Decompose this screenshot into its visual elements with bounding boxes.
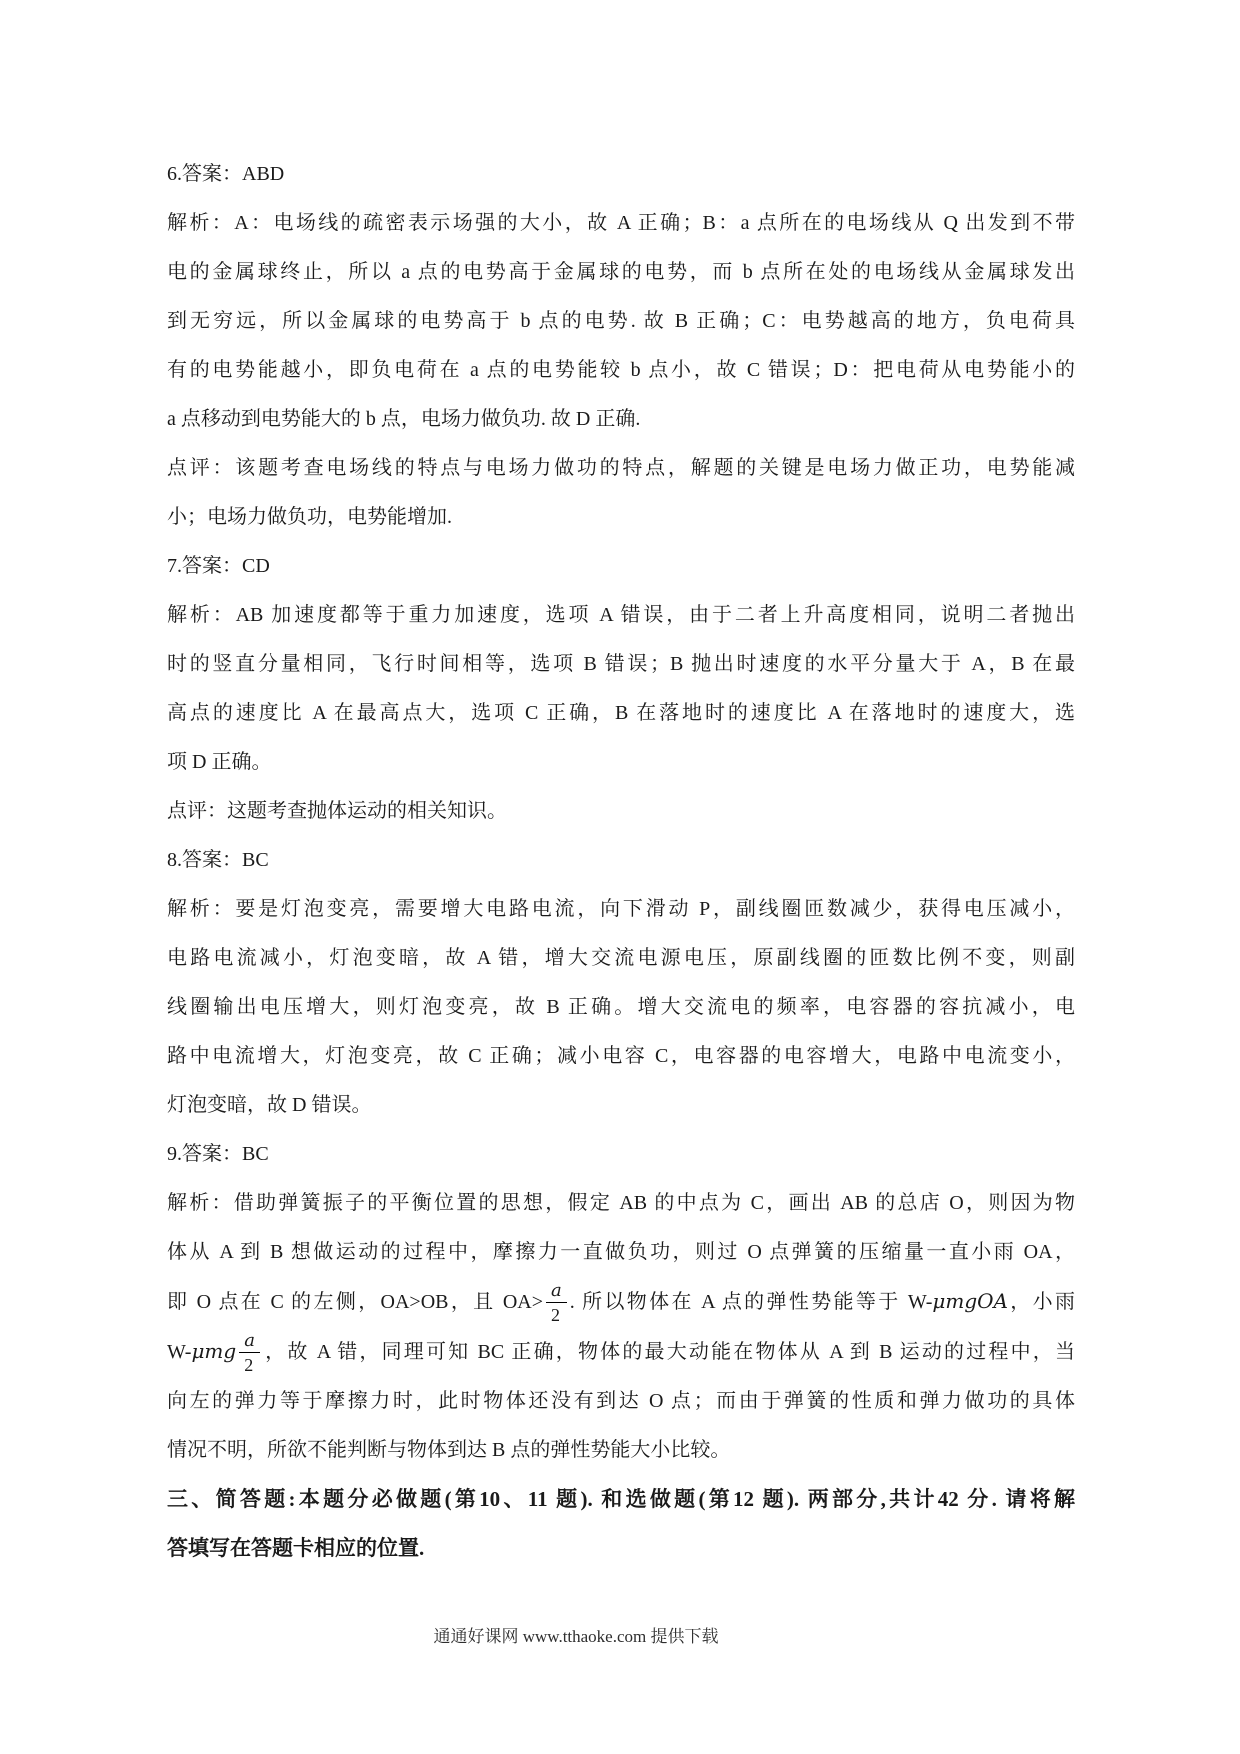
q7-answer-line-1: 7.答案：CD bbox=[167, 542, 1075, 591]
q6-comment-line-1: 点评：该题考查电场线的特点与电场力做功的特点，解题的关键是电场力做正功，电势能减 bbox=[167, 444, 1075, 493]
q6-analysis-line-1: 解析：A：电场线的疏密表示场强的大小，故 A 正确；B：a 点所在的电场线从 Q… bbox=[167, 199, 1075, 248]
q6-comment-line-2: 小；电场力做负功，电势能增加. bbox=[167, 493, 1075, 542]
q9-analysis: 解析：借助弹簧振子的平衡位置的思想，假定 AB 的中点为 C，画出 AB 的总店… bbox=[167, 1179, 1075, 1475]
q7-analysis-line-4: 项 D 正确。 bbox=[167, 738, 1075, 787]
q6-comment: 点评：该题考查电场线的特点与电场力做功的特点，解题的关键是电场力做正功，电势能减… bbox=[167, 444, 1075, 542]
q8-analysis-line-4: 路中电流增大，灯泡变亮，故 C 正确；减小电容 C，电容器的电容增大，电路中电流… bbox=[167, 1032, 1075, 1081]
inline-fraction: a2 bbox=[546, 1281, 567, 1325]
q8-answer: 8.答案：BC bbox=[167, 836, 1075, 885]
math-italic-term: μmg bbox=[191, 1339, 236, 1363]
q8-analysis-line-3: 线圈输出电压增大，则灯泡变亮，故 B 正确。增大交流电的频率，电容器的容抗减小，… bbox=[167, 983, 1075, 1032]
section-3-heading: 三、简答题:本题分必做题(第10、11 题). 和选做题(第12 题). 两部分… bbox=[167, 1475, 1075, 1573]
q8-analysis-line-5: 灯泡变暗，故 D 错误。 bbox=[167, 1081, 1075, 1130]
math-italic-term: μmgOA bbox=[932, 1289, 1008, 1313]
inline-fraction: a2 bbox=[239, 1331, 260, 1375]
q6-analysis: 解析：A：电场线的疏密表示场强的大小，故 A 正确；B：a 点所在的电场线从 Q… bbox=[167, 199, 1075, 444]
fraction-numerator: a bbox=[546, 1281, 567, 1302]
q9-analysis-line-3: 即 O 点在 C 的左侧，OA>OB，且 OA>a2. 所以物体在 A 点的弹性… bbox=[167, 1277, 1075, 1327]
q8-answer-line-1: 8.答案：BC bbox=[167, 836, 1075, 885]
q9-answer-line-1: 9.答案：BC bbox=[167, 1130, 1075, 1179]
q8-analysis-line-2: 电路电流减小，灯泡变暗，故 A 错，增大交流电源电压，原副线圈的匝数比例不变，则… bbox=[167, 934, 1075, 983]
q6-analysis-line-5: a 点移动到电势能大的 b 点，电场力做负功. 故 D 正确. bbox=[167, 395, 1075, 444]
q6-analysis-line-4: 有的电势能越小，即负电荷在 a 点的电势能较 b 点小，故 C 错误；D：把电荷… bbox=[167, 346, 1075, 395]
section-3-heading-line-1: 三、简答题:本题分必做题(第10、11 题). 和选做题(第12 题). 两部分… bbox=[167, 1475, 1075, 1524]
section-3-heading-line-2: 答填写在答题卡相应的位置. bbox=[167, 1524, 1075, 1573]
q8-analysis: 解析：要是灯泡变亮，需要增大电路电流，向下滑动 P，副线圈匝数减少，获得电压减小… bbox=[167, 885, 1075, 1130]
q6-answer: 6.答案：ABD bbox=[167, 150, 1075, 199]
q7-analysis: 解析：AB 加速度都等于重力加速度，选项 A 错误，由于二者上升高度相同，说明二… bbox=[167, 591, 1075, 787]
q7-analysis-line-1: 解析：AB 加速度都等于重力加速度，选项 A 错误，由于二者上升高度相同，说明二… bbox=[167, 591, 1075, 640]
fraction-numerator: a bbox=[239, 1331, 260, 1352]
q7-comment-line-1: 点评：这题考查抛体运动的相关知识。 bbox=[167, 787, 1075, 836]
q9-analysis-line-6: 情况不明，所欲不能判断与物体到达 B 点的弹性势能大小比较。 bbox=[167, 1426, 1075, 1475]
q6-analysis-line-2: 电的金属球终止，所以 a 点的电势高于金属球的电势，而 b 点所在处的电场线从金… bbox=[167, 248, 1075, 297]
q9-analysis-line-1: 解析：借助弹簧振子的平衡位置的思想，假定 AB 的中点为 C，画出 AB 的总店… bbox=[167, 1179, 1075, 1228]
fraction-denominator: 2 bbox=[546, 1302, 567, 1325]
q9-analysis-line-2: 体从 A 到 B 想做运动的过程中，摩擦力一直做负功，则过 O 点弹簧的压缩量一… bbox=[167, 1228, 1075, 1277]
fraction-denominator: 2 bbox=[239, 1352, 260, 1375]
answer-key-body: 6.答案：ABD解析：A：电场线的疏密表示场强的大小，故 A 正确；B：a 点所… bbox=[167, 150, 1075, 1573]
q7-analysis-line-3: 高点的速度比 A 在最高点大，选项 C 正确，B 在落地时的速度比 A 在落地时… bbox=[167, 689, 1075, 738]
q9-answer: 9.答案：BC bbox=[167, 1130, 1075, 1179]
q7-analysis-line-2: 时的竖直分量相同，飞行时间相等，选项 B 错误；B 抛出时速度的水平分量大于 A… bbox=[167, 640, 1075, 689]
q6-analysis-line-3: 到无穷远，所以金属球的电势高于 b 点的电势. 故 B 正确；C：电势越高的地方… bbox=[167, 297, 1075, 346]
q9-analysis-line-4: W-μmga2，故 A 错，同理可知 BC 正确，物体的最大动能在物体从 A 到… bbox=[167, 1327, 1075, 1377]
q6-answer-line-1: 6.答案：ABD bbox=[167, 150, 1075, 199]
q7-comment: 点评：这题考查抛体运动的相关知识。 bbox=[167, 787, 1075, 836]
footer-text: 通通好课网 www.tthaoke.com 提供下载 bbox=[433, 1627, 718, 1646]
q8-analysis-line-1: 解析：要是灯泡变亮，需要增大电路电流，向下滑动 P，副线圈匝数减少，获得电压减小… bbox=[167, 885, 1075, 934]
q7-answer: 7.答案：CD bbox=[167, 542, 1075, 591]
q9-analysis-line-5: 向左的弹力等于摩擦力时，此时物体还没有到达 O 点；而由于弹簧的性质和弹力做功的… bbox=[167, 1377, 1075, 1426]
page-footer: 通通好课网 www.tthaoke.com 提供下载 bbox=[0, 1622, 1152, 1652]
